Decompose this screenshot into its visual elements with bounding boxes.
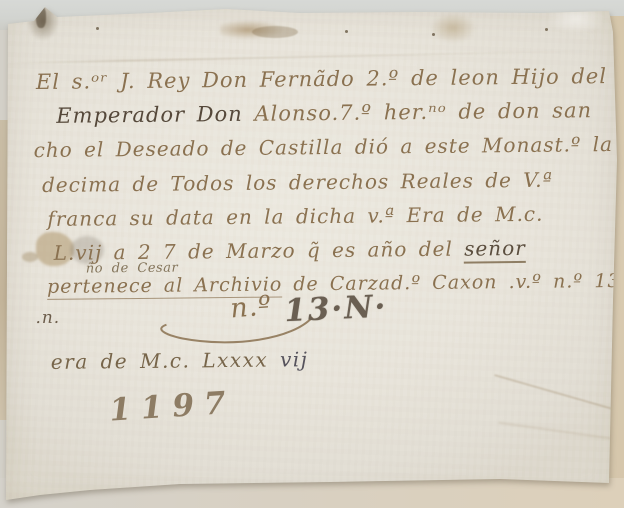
shelf-mark: 13·N·: [284, 289, 389, 330]
handwriting-layer: El s.ᵒʳ J. Rey Don Fernãdo 2.º de leon H…: [0, 0, 624, 508]
manuscript-line-1: El s.ᵒʳ J. Rey Don Fernãdo 2.º de leon H…: [36, 64, 607, 94]
line-2-dark-text: Emperador Don: [56, 102, 243, 128]
line-4-text: decima de Todos los derechos Reales de V…: [42, 168, 553, 197]
era-date-note: era de M.c. Lxxxx vij: [51, 347, 309, 374]
line-5-text: franca su data en la dicha v.ª Era de M.…: [47, 202, 543, 231]
era-note-end-text: vij: [280, 347, 309, 371]
document-photo: El s.ᵒʳ J. Rey Don Fernãdo 2.º de leon H…: [0, 0, 624, 508]
shelf-mark-text: 13·N·: [284, 289, 389, 330]
paper-slip: El s.ᵒʳ J. Rey Don Fernãdo 2.º de leon H…: [0, 0, 624, 508]
era-note-text: era de M.c. Lxxxx: [51, 348, 280, 374]
manuscript-line-5: franca su data en la dicha v.ª Era de M.…: [47, 202, 543, 231]
line-1-text: El s.ᵒʳ J. Rey Don Fernãdo 2.º de leon H…: [36, 64, 607, 94]
year-number: 1197: [108, 385, 236, 429]
margin-note: .n.: [35, 308, 60, 328]
line-3-text: cho el Deseado de Castilla dió a este Mo…: [34, 132, 614, 162]
line-6-crossed-word: señor: [464, 236, 526, 264]
paper-slip-wrapper: El s.ᵒʳ J. Rey Don Fernãdo 2.º de leon H…: [0, 0, 624, 508]
manuscript-line-3: cho el Deseado de Castilla dió a este Mo…: [34, 132, 614, 162]
year-number-text: 1197: [108, 385, 236, 429]
manuscript-line-4: decima de Todos los derechos Reales de V…: [42, 168, 553, 197]
manuscript-line-2: Emperador Don Alonso.7.º her.ⁿᵒ de don s…: [56, 98, 592, 128]
line-2-text: Alonso.7.º her.ⁿᵒ de don san: [243, 98, 593, 126]
margin-note-text: .n.: [35, 308, 60, 328]
